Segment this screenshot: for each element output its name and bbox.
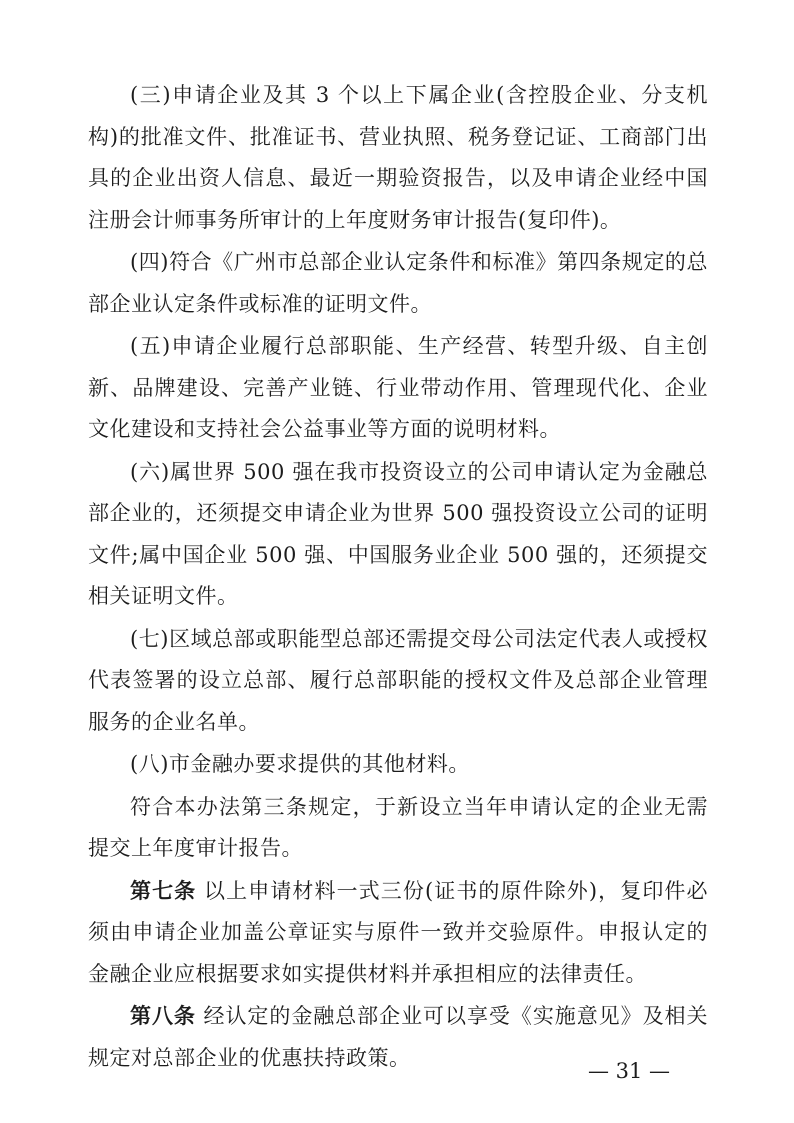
- page-number: — 31 —: [519, 1056, 739, 1086]
- document-page: (三)申请企业及其 3 个以上下属企业(含控股企业、分支机构)的批准文件、批准证…: [0, 0, 794, 1123]
- paragraph-clause-4-text: (四)符合《广州市总部企业认定条件和标准》第四条规定的总部企业认定条件或标准的证…: [88, 250, 708, 316]
- paragraph-clause-7-text: (七)区域总部或职能型总部还需提交母公司法定代表人或授权代表签署的设立总部、履行…: [88, 627, 708, 734]
- paragraph-clause-6-text: (六)属世界 500 强在我市投资设立的公司申请认定为金融总部企业的，还须提交申…: [88, 460, 708, 609]
- document-body: (三)申请企业及其 3 个以上下属企业(含控股企业、分支机构)的批准文件、批准证…: [88, 74, 708, 1079]
- paragraph-clause-4: (四)符合《广州市总部企业认定条件和标准》第四条规定的总部企业认定条件或标准的证…: [88, 241, 708, 325]
- paragraph-clause-8-text: (八)市金融办要求提供的其他材料。: [130, 752, 470, 776]
- paragraph-note-text: 符合本办法第三条规定，于新设立当年申请认定的企业无需提交上年度审计报告。: [88, 795, 708, 861]
- paragraph-clause-5-text: (五)申请企业履行总部职能、生产经营、转型升级、自主创新、品牌建设、完善产业链、…: [88, 334, 708, 441]
- paragraph-article-8-lead: 第八条: [130, 1003, 196, 1028]
- paragraph-clause-3: (三)申请企业及其 3 个以上下属企业(含控股企业、分支机构)的批准文件、批准证…: [88, 74, 708, 241]
- paragraph-clause-6: (六)属世界 500 强在我市投资设立的公司申请认定为金融总部企业的，还须提交申…: [88, 451, 708, 618]
- paragraph-article-7: 第七条 以上申请材料一式三份(证书的原件除外)，复印件必须由申请企业加盖公章证实…: [88, 870, 708, 996]
- paragraph-clause-7: (七)区域总部或职能型总部还需提交母公司法定代表人或授权代表签署的设立总部、履行…: [88, 618, 708, 744]
- paragraph-clause-5: (五)申请企业履行总部职能、生产经营、转型升级、自主创新、品牌建设、完善产业链、…: [88, 325, 708, 451]
- paragraph-note: 符合本办法第三条规定，于新设立当年申请认定的企业无需提交上年度审计报告。: [88, 786, 708, 870]
- paragraph-clause-3-text: (三)申请企业及其 3 个以上下属企业(含控股企业、分支机构)的批准文件、批准证…: [88, 83, 708, 232]
- paragraph-clause-8: (八)市金融办要求提供的其他材料。: [88, 743, 708, 786]
- paragraph-article-7-lead: 第七条: [130, 878, 196, 903]
